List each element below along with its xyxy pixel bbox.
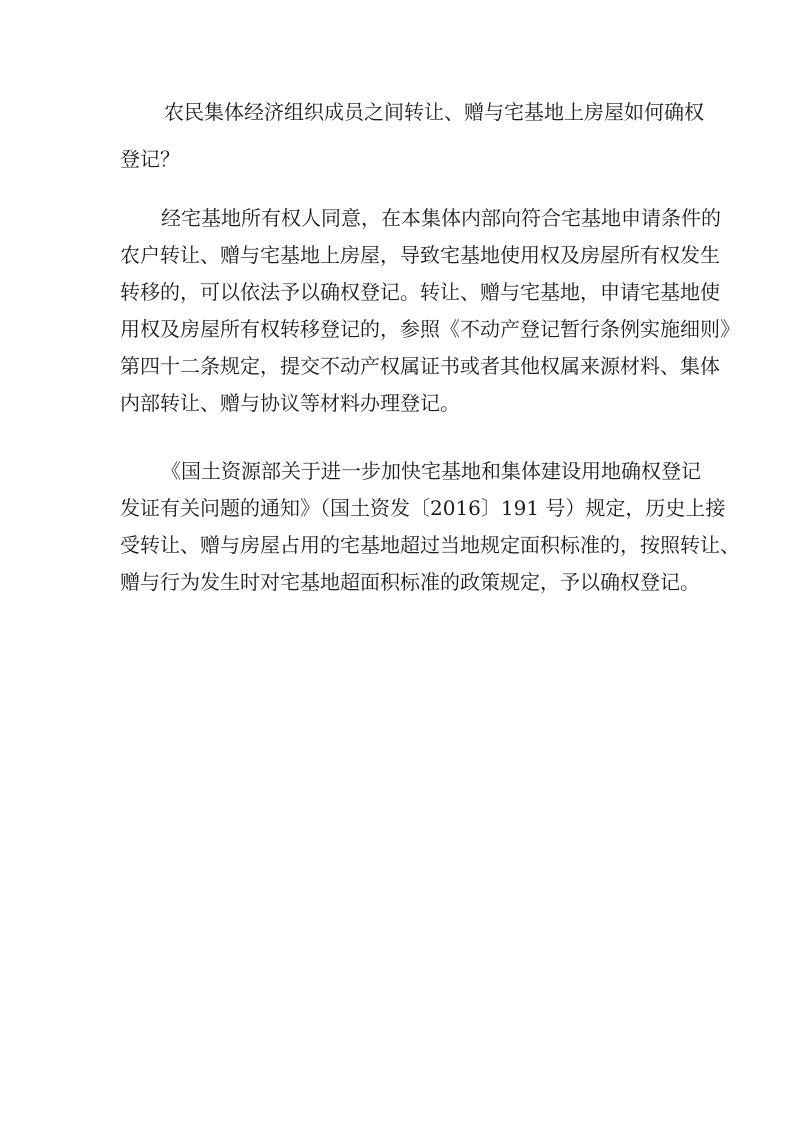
paragraph-2-line-1: 《国土资源部关于进一步加快宅基地和集体建设用地确权登记	[161, 459, 690, 483]
paragraph-2-line-2: 发证有关问题的通知》（国土资发〔2016〕191 号）规定，历史上接	[120, 496, 690, 520]
paragraph-1-line-3: 转移的，可以依法予以确权登记。转让、赠与宅基地，申请宅基地使	[120, 280, 690, 304]
document-title-line-1: 农民集体经济组织成员之间转让、赠与宅基地上房屋如何确权	[164, 100, 672, 124]
paragraph-1-line-5: 第四十二条规定，提交不动产权属证书或者其他权属来源材料、集体	[120, 354, 690, 378]
paragraph-1-line-6: 内部转让、赠与协议等材料办理登记。	[120, 391, 690, 415]
paragraph-2-line-3: 受转让、赠与房屋占用的宅基地超过当地规定面积标准的，按照转让、	[120, 533, 690, 557]
paragraph-1-line-1: 经宅基地所有权人同意，在本集体内部向符合宅基地申请条件的	[161, 206, 690, 230]
document-title-line-2: 登记？	[120, 147, 690, 171]
paragraph-1-line-2: 农户转让、赠与宅基地上房屋，导致宅基地使用权及房屋所有权发生	[120, 243, 690, 267]
paragraph-1-line-4: 用权及房屋所有权转移登记的，参照《不动产登记暂行条例实施细则》	[120, 317, 690, 341]
paragraph-2-line-4: 赠与行为发生时对宅基地超面积标准的政策规定，予以确权登记。	[120, 570, 690, 594]
document-page: 农民集体经济组织成员之间转让、赠与宅基地上房屋如何确权 登记？ 经宅基地所有权人…	[0, 0, 793, 1122]
